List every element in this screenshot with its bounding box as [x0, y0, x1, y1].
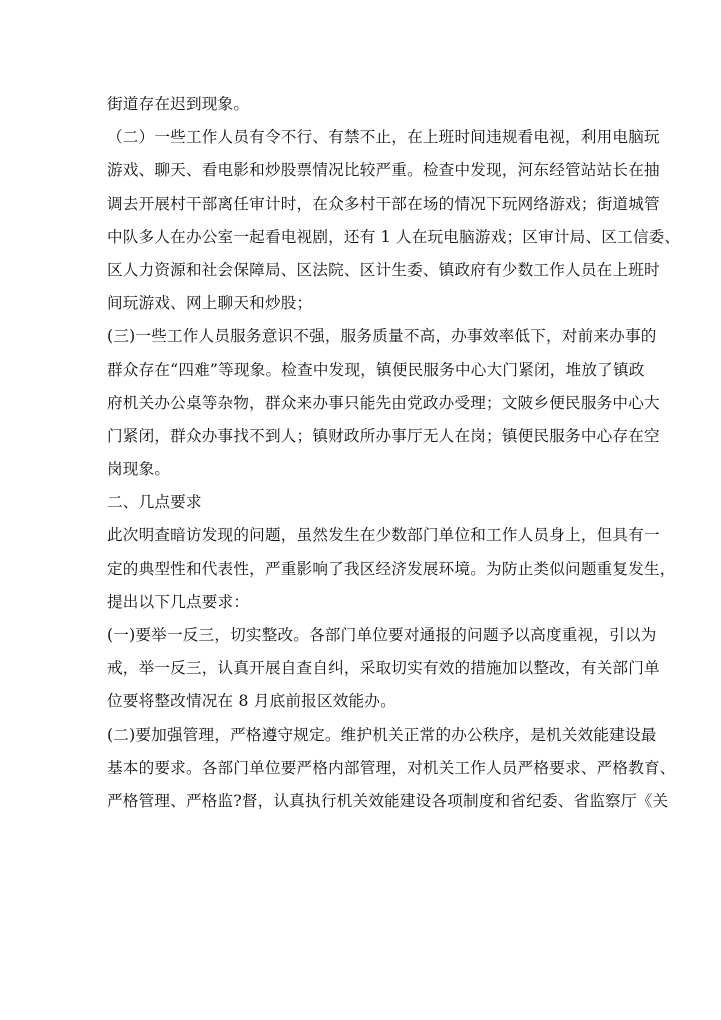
text-line: 戒，举一反三，认真开展自查自纠，采取切实有效的措施加以整改，有关部门单 [107, 656, 617, 689]
text-line: 中队多人在办公室一起看电视剧，还有 1 人在玩电脑游戏；区审计局、区工信委、 [107, 225, 617, 258]
text-line: 府机关办公桌等杂物，群众来办事只能先由党政办受理；文陂乡便民服务中心大 [107, 391, 617, 424]
text-line: 此次明查暗访发现的问题，虽然发生在少数部门单位和工作人员身上，但具有一 [107, 523, 617, 556]
text-line: (一)要举一反三，切实整改。各部门单位要对通报的问题予以高度重视，引以为 [107, 623, 617, 656]
text-line: (二)要加强管理，严格遵守规定。维护机关正常的办公秩序，是机关效能建设最 [107, 723, 617, 756]
text-line: 街道存在迟到现象。 [107, 92, 617, 125]
text-line: 群众存在“四难”等现象。检查中发现，镇便民服务中心大门紧闭，堆放了镇政 [107, 358, 617, 391]
text-line: 间玩游戏、网上聊天和炒股； [107, 291, 617, 324]
text-line: 位要将整改情况在 8 月底前报区效能办。 [107, 689, 617, 722]
document-body: 街道存在迟到现象。 （二）一些工作人员有令不行、有禁不止，在上班时间违规看电视，… [107, 92, 617, 822]
text-line: 定的典型性和代表性，严重影响了我区经济发展环境。为防止类似问题重复发生， [107, 557, 617, 590]
text-line: 门紧闭，群众办事找不到人；镇财政所办事厅无人在岗；镇便民服务中心存在空 [107, 424, 617, 457]
text-line: 提出以下几点要求： [107, 590, 617, 623]
text-line: 基本的要求。各部门单位要严格内部管理，对机关工作人员严格要求、严格教育、 [107, 756, 617, 789]
text-line: 游戏、聊天、看电影和炒股票情况比较严重。检查中发现，河东经管站站长在抽 [107, 158, 617, 191]
text-line: 严格管理、严格监?督，认真执行机关效能建设各项制度和省纪委、省监察厅《关 [107, 789, 617, 822]
text-line: 区人力资源和社会保障局、区法院、区计生委、镇政府有少数工作人员在上班时 [107, 258, 617, 291]
section-heading: 二、几点要求 [107, 490, 617, 523]
text-line: (三)一些工作人员服务意识不强，服务质量不高，办事效率低下，对前来办事的 [107, 324, 617, 357]
text-line: 调去开展村干部离任审计时，在众多村干部在场的情况下玩网络游戏；街道城管 [107, 192, 617, 225]
text-line: （二）一些工作人员有令不行、有禁不止，在上班时间违规看电视，利用电脑玩 [107, 125, 617, 158]
text-line: 岗现象。 [107, 457, 617, 490]
document-page: 街道存在迟到现象。 （二）一些工作人员有令不行、有禁不止，在上班时间违规看电视，… [0, 0, 721, 1020]
